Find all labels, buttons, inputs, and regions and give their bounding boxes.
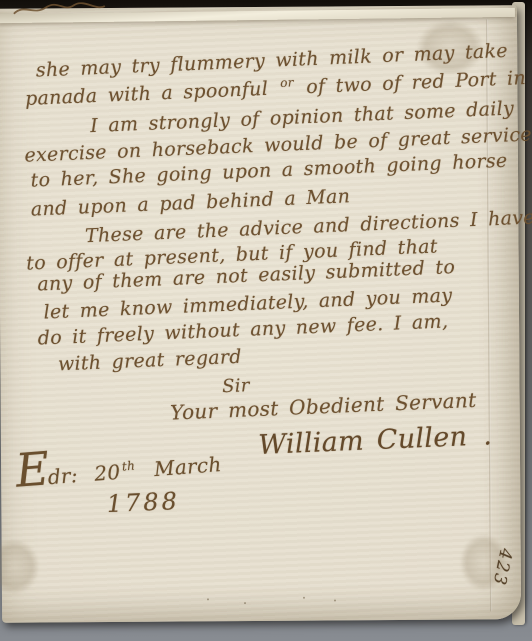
closing-valediction: Your most Obedient Servant <box>170 388 477 425</box>
dateline: Edr: 20th March <box>14 439 222 492</box>
dateline-month: March <box>153 452 222 481</box>
signature-period: . <box>483 420 493 451</box>
stain-bottom-left <box>0 539 40 595</box>
dateline-day-suffix: th <box>121 459 135 474</box>
scan-background: she may try flummery with milk or may ta… <box>0 0 532 641</box>
signature-william-cullen: William Cullen. <box>258 420 493 461</box>
letter-line-12: with great regard <box>58 346 243 376</box>
letter-line-2-text-continued: of two of red Port in it <box>306 66 532 98</box>
dateline-day: 20 <box>93 460 121 486</box>
closing-salutation: Sir <box>222 375 250 397</box>
inserted-word: or <box>280 75 294 90</box>
signature-name: William Cullen <box>258 421 468 461</box>
ink-speck <box>207 598 209 600</box>
letter-paper: she may try flummery with milk or may ta… <box>0 5 521 623</box>
ink-speck <box>334 599 336 601</box>
dateline-year: 1788 <box>106 487 180 518</box>
dateline-place: Edr: <box>14 450 78 492</box>
ink-speck <box>303 597 305 599</box>
letter-line-2-text: panada with a spoonful <box>25 78 269 110</box>
ink-speck <box>244 602 246 604</box>
ink-squiggle-mark <box>12 2 108 19</box>
